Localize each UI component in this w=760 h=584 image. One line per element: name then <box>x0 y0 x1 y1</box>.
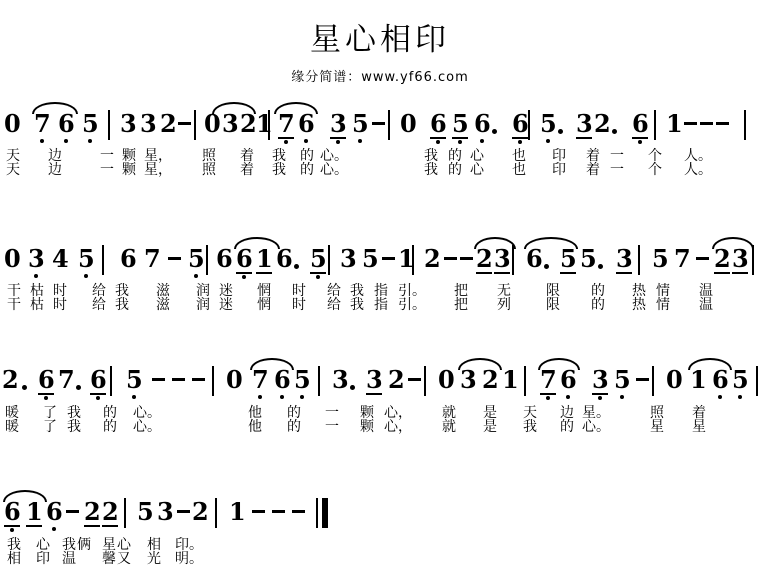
lyric-verse2-char: 的 <box>448 163 462 177</box>
barline <box>638 245 640 275</box>
lyric-verse1-char: 个 <box>648 149 662 163</box>
low-octave-dot <box>620 395 624 399</box>
low-octave-dot <box>10 528 14 532</box>
augmentation-dot <box>492 129 497 134</box>
lyric-verse1-char: 一 <box>100 149 114 163</box>
note-digit: 5 <box>78 247 94 271</box>
note-digit: 5 <box>540 112 556 136</box>
lyric-verse2-char: 颗 <box>122 163 136 177</box>
lyric-verse1-char: 的 <box>448 149 462 163</box>
duration-dash <box>716 122 729 125</box>
lyric-verse2-char: 时 <box>292 298 306 312</box>
duration-dash <box>168 257 181 260</box>
duration-dash <box>252 510 265 513</box>
low-octave-dot <box>300 395 304 399</box>
lyric-verse1-char: 他 <box>248 406 262 420</box>
lyric-verse1-char: 俩 <box>77 538 91 552</box>
duration-dash <box>444 257 457 260</box>
duration-dash <box>152 378 165 381</box>
barline <box>110 366 112 396</box>
note-digit: 6 <box>216 247 232 271</box>
low-octave-dot <box>280 395 284 399</box>
barline <box>388 110 390 140</box>
barline <box>194 110 196 140</box>
lyric-verse1-char: 我 <box>7 538 21 552</box>
lyric-verse2-char: 印 <box>552 163 566 177</box>
lyric-verse2-char: 给 <box>92 298 106 312</box>
lyric-verse1-char: 枯 <box>30 284 44 298</box>
lyric-verse1-char: 心。 <box>133 406 161 420</box>
note-digit: 5 <box>310 247 326 274</box>
lyric-verse1-char: 干 <box>7 284 21 298</box>
lyric-verse1-char: 心 <box>117 538 131 552</box>
note-digit: 6 <box>298 112 314 136</box>
note-digit: 6 <box>712 368 728 392</box>
lyric-verse1-char: 了 <box>43 406 57 420</box>
note-digit: 2 <box>240 112 256 136</box>
lyric-verse2-char: 着 <box>240 163 254 177</box>
lyric-verse2-char: 的 <box>300 163 314 177</box>
low-octave-dot <box>518 140 522 144</box>
note-digit: 7 <box>252 368 268 392</box>
lyric-verse2-char: 一 <box>100 163 114 177</box>
note-digit: 7 <box>34 112 50 136</box>
lyric-verse1-char: 着 <box>240 149 254 163</box>
note-digit: 6 <box>4 500 20 527</box>
note-digit: 1 <box>690 368 706 392</box>
note-digit: 2 <box>594 112 610 136</box>
note-digit: 0 <box>438 368 454 392</box>
lyric-verse1-char: 引。 <box>398 284 426 298</box>
note-digit: 3 <box>28 247 44 271</box>
lyric-verse1-char: 照 <box>650 406 664 420</box>
lyric-verse2-char: 馨 <box>102 552 116 566</box>
note-digit: 1 <box>666 112 682 136</box>
lyric-verse2-char: 又 <box>117 552 131 566</box>
lyric-verse2-char: 着 <box>586 163 600 177</box>
lyric-verse1-char: 限 <box>546 284 560 298</box>
note-digit: 6 <box>474 112 490 136</box>
note-digit: 0 <box>666 368 682 392</box>
lyric-verse1-char: 的 <box>300 149 314 163</box>
lyric-verse1-char: 我 <box>424 149 438 163</box>
lyric-verse2-char: 指 <box>374 298 388 312</box>
barline <box>102 245 104 275</box>
lyric-verse1-char: 心。 <box>320 149 348 163</box>
note-digit: 5 <box>614 368 630 392</box>
lyric-verse2-char: 枯 <box>30 298 44 312</box>
lyric-verse1-char: 是 <box>483 406 497 420</box>
low-octave-dot <box>738 395 742 399</box>
lyric-verse2-char: 颗 <box>360 420 374 434</box>
lyric-verse2-char: 一 <box>325 420 339 434</box>
low-octave-dot <box>52 527 56 531</box>
lyric-verse1-char: 着 <box>586 149 600 163</box>
note-digit: 5 <box>580 247 596 271</box>
note-digit: 1 <box>26 500 42 527</box>
lyric-verse2-char: 我 <box>350 298 364 312</box>
lyric-verse2-char: 的 <box>287 420 301 434</box>
barline <box>124 498 126 528</box>
lyric-verse1-char: 的 <box>103 406 117 420</box>
lyric-verse2-char: 也 <box>512 163 526 177</box>
lyric-verse2-char: 我 <box>115 298 129 312</box>
low-octave-dot <box>358 139 362 143</box>
lyric-verse2-char: 我 <box>272 163 286 177</box>
lyric-verse2-char: 的 <box>560 420 574 434</box>
note-digit: 2 <box>192 500 208 524</box>
lyric-verse1-char: 人。 <box>684 149 712 163</box>
lyric-verse1-char: 颗 <box>122 149 136 163</box>
duration-dash <box>372 122 385 125</box>
lyric-verse1-char: 把 <box>454 284 468 298</box>
lyric-verse2-char: 天 <box>6 163 20 177</box>
lyric-verse2-char: 相 <box>7 552 21 566</box>
duration-dash <box>177 510 190 513</box>
note-digit: 6 <box>236 247 252 274</box>
barline <box>212 366 214 396</box>
lyric-verse2-char: 情 <box>656 298 670 312</box>
lyric-verse1-char: 我 <box>272 149 286 163</box>
note-digit: 2 <box>476 247 492 274</box>
note-digit: 2 <box>160 112 176 136</box>
lyric-verse1-char: 心 <box>470 149 484 163</box>
lyric-verse2-char: 星， <box>144 163 172 177</box>
lyric-verse2-char: 惘 <box>257 298 271 312</box>
lyric-verse2-char: 润 <box>196 298 210 312</box>
low-octave-dot <box>546 396 550 400</box>
barline <box>318 366 320 396</box>
note-digit: 5 <box>294 368 310 392</box>
note-digit: 6 <box>560 368 576 392</box>
note-digit: 2 <box>2 368 18 392</box>
lyric-verse2-char: 时 <box>53 298 67 312</box>
low-octave-dot <box>44 396 48 400</box>
lyric-verse2-char: 的 <box>591 298 605 312</box>
lyric-verse2-char: 光 <box>147 552 161 566</box>
lyric-verse2-char: 了 <box>43 420 57 434</box>
lyric-verse2-char: 把 <box>454 298 468 312</box>
lyric-verse2-char: 照 <box>202 163 216 177</box>
lyric-verse1-char: 星 <box>102 538 116 552</box>
lyric-verse2-char: 就 <box>442 420 456 434</box>
low-octave-dot <box>242 275 246 279</box>
duration-dash <box>192 378 205 381</box>
lyric-verse1-char: 星， <box>144 149 172 163</box>
augmentation-dot <box>350 385 355 390</box>
lyric-verse1-char: 时 <box>53 284 67 298</box>
note-digit: 6 <box>120 247 136 271</box>
lyric-verse2-char: 心 <box>470 163 484 177</box>
augmentation-dot <box>558 129 563 134</box>
lyric-verse1-char: 的 <box>591 284 605 298</box>
note-digit: 6 <box>526 247 542 271</box>
low-octave-dot <box>546 139 550 143</box>
note-digit: 3 <box>366 368 382 395</box>
augmentation-dot <box>76 385 81 390</box>
note-digit: 0 <box>4 247 20 271</box>
note-digit: 1 <box>229 500 245 524</box>
lyric-verse2-char: 干 <box>7 298 21 312</box>
lyric-verse2-char: 一 <box>610 163 624 177</box>
lyric-verse2-char: 给 <box>327 298 341 312</box>
lyric-verse2-char: 滋 <box>156 298 170 312</box>
note-digit: 3 <box>157 500 173 524</box>
lyric-verse2-char: 迷 <box>219 298 233 312</box>
lyric-verse2-char: 心。 <box>320 163 348 177</box>
note-digit: 5 <box>137 500 153 524</box>
note-digit: 6 <box>274 368 290 392</box>
note-digit: 6 <box>276 247 292 271</box>
note-digit: 5 <box>652 247 668 271</box>
lyric-verse2-char: 温 <box>699 298 713 312</box>
lyric-verse1-char: 印 <box>552 149 566 163</box>
lyric-verse1-char: 就 <box>442 406 456 420</box>
note-digit: 7 <box>144 247 160 271</box>
note-digit: 3 <box>732 247 748 274</box>
lyric-verse2-char: 边 <box>48 163 62 177</box>
low-octave-dot <box>194 274 198 278</box>
note-digit: 7 <box>58 368 74 392</box>
lyric-verse1-char: 情 <box>656 284 670 298</box>
augmentation-dot <box>598 264 603 269</box>
note-digit: 6 <box>430 112 446 139</box>
barline <box>752 245 754 275</box>
lyric-verse2-char: 是 <box>483 420 497 434</box>
lyric-verse1-char: 一 <box>610 149 624 163</box>
duration-dash <box>172 378 185 381</box>
low-octave-dot <box>638 140 642 144</box>
note-digit: 3 <box>140 112 156 136</box>
lyric-verse2-char: 心， <box>384 420 412 434</box>
note-digit: 3 <box>494 247 510 274</box>
lyric-verse2-char: 他 <box>248 420 262 434</box>
lyric-verse1-char: 心， <box>384 406 412 420</box>
note-digit: 2 <box>388 368 404 392</box>
lyric-verse1-char: 我 <box>67 406 81 420</box>
note-digit: 0 <box>4 112 20 136</box>
lyric-verse1-char: 颗 <box>360 406 374 420</box>
lyric-verse1-char: 时 <box>292 284 306 298</box>
lyric-verse1-char: 心 <box>36 538 50 552</box>
note-digit: 1 <box>502 368 518 392</box>
lyric-verse1-char: 润 <box>196 284 210 298</box>
low-octave-dot <box>132 395 136 399</box>
lyric-verse2-char: 明。 <box>175 552 203 566</box>
low-octave-dot <box>304 139 308 143</box>
barline <box>268 110 270 140</box>
lyric-verse2-char: 印 <box>36 552 50 566</box>
note-digit: 3 <box>576 112 592 139</box>
note-digit: 3 <box>340 247 356 271</box>
note-digit: 6 <box>90 368 106 395</box>
low-octave-dot <box>284 140 288 144</box>
augmentation-dot <box>612 129 617 134</box>
barline <box>652 366 654 396</box>
lyric-verse1-char: 的 <box>287 406 301 420</box>
low-octave-dot <box>316 275 320 279</box>
note-digit: 6 <box>632 112 648 139</box>
lyric-verse1-char: 滋 <box>156 284 170 298</box>
note-digit: 3 <box>592 368 608 395</box>
duration-dash <box>696 257 709 260</box>
barline <box>528 110 530 140</box>
lyric-verse2-char: 人。 <box>684 163 712 177</box>
lyric-verse1-char: 边 <box>48 149 62 163</box>
low-octave-dot <box>718 395 722 399</box>
note-digit: 5 <box>188 247 204 271</box>
lyric-verse1-char: 天 <box>523 406 537 420</box>
barline <box>744 110 746 140</box>
barline <box>328 245 330 275</box>
note-digit: 3 <box>222 112 238 136</box>
note-digit: 2 <box>714 247 730 274</box>
duration-dash <box>66 510 79 513</box>
note-digit: 6 <box>46 500 62 524</box>
lyric-verse2-char: 热 <box>632 298 646 312</box>
duration-dash <box>684 122 697 125</box>
note-digit: 3 <box>330 112 346 139</box>
note-digit: 7 <box>674 247 690 271</box>
note-digit: 5 <box>732 368 748 392</box>
note-digit: 1 <box>256 247 272 274</box>
barline <box>424 366 426 396</box>
lyric-verse1-char: 给 <box>327 284 341 298</box>
low-octave-dot <box>436 140 440 144</box>
sheet-music-page: 星心相印 缘分简谱：www.yf66.com 07653320321763506… <box>0 0 760 584</box>
lyric-verse1-char: 我 <box>62 538 76 552</box>
note-digit: 5 <box>126 368 142 392</box>
note-digit: 3 <box>616 247 632 274</box>
augmentation-dot <box>22 385 27 390</box>
duration-dash <box>408 378 421 381</box>
barline <box>412 245 414 275</box>
note-digit: 6 <box>58 112 74 136</box>
low-octave-dot <box>598 396 602 400</box>
duration-dash <box>460 257 473 260</box>
lyric-verse1-char: 我 <box>350 284 364 298</box>
lyric-verse2-char: 暖 <box>5 420 19 434</box>
duration-dash <box>700 122 713 125</box>
barline <box>206 245 208 275</box>
note-digit: 2 <box>102 500 118 527</box>
note-digit: 6 <box>512 112 528 139</box>
lyric-verse1-char: 相 <box>147 538 161 552</box>
lyric-verse2-char: 个 <box>648 163 662 177</box>
lyric-verse2-char: 我 <box>67 420 81 434</box>
note-digit: 5 <box>362 247 378 271</box>
low-octave-dot <box>64 139 68 143</box>
lyric-verse1-char: 迷 <box>219 284 233 298</box>
note-digit: 0 <box>204 112 220 136</box>
note-digit: 6 <box>38 368 54 395</box>
augmentation-dot <box>294 264 299 269</box>
duration-dash <box>382 257 395 260</box>
lyric-verse1-char: 星。 <box>582 406 610 420</box>
lyric-verse1-char: 着 <box>692 406 706 420</box>
barline <box>512 245 514 275</box>
low-octave-dot <box>480 139 484 143</box>
low-octave-dot <box>458 140 462 144</box>
note-digit: 3 <box>120 112 136 136</box>
score-area: 0765332032176350656653261天边一颗星，照着我的心。我的心… <box>0 0 760 584</box>
augmentation-dot <box>544 264 549 269</box>
lyric-verse2-char: 心。 <box>133 420 161 434</box>
lyric-verse1-char: 惘 <box>257 284 271 298</box>
lyric-verse2-char: 限 <box>546 298 560 312</box>
lyric-verse2-char: 星 <box>650 420 664 434</box>
note-digit: 2 <box>424 247 440 271</box>
duration-dash <box>272 510 285 513</box>
duration-dash <box>292 510 305 513</box>
note-digit: 2 <box>482 368 498 392</box>
lyric-verse1-char: 指 <box>374 284 388 298</box>
lyric-verse1-char: 给 <box>92 284 106 298</box>
lyric-verse2-char: 的 <box>103 420 117 434</box>
low-octave-dot <box>258 395 262 399</box>
lyric-verse2-char: 星 <box>692 420 706 434</box>
low-octave-dot <box>34 274 38 278</box>
lyric-verse1-char: 暖 <box>5 406 19 420</box>
note-digit: 5 <box>352 112 368 136</box>
note-digit: 3 <box>332 368 348 392</box>
note-digit: 5 <box>560 247 576 274</box>
barline <box>524 366 526 396</box>
lyric-verse1-char: 我 <box>115 284 129 298</box>
note-digit: 5 <box>452 112 468 139</box>
barline <box>108 110 110 140</box>
lyric-verse1-char: 无 <box>497 284 511 298</box>
note-digit: 0 <box>226 368 242 392</box>
barline <box>215 498 217 528</box>
lyric-verse2-char: 我 <box>523 420 537 434</box>
lyric-verse1-char: 温 <box>699 284 713 298</box>
note-digit: 2 <box>84 500 100 527</box>
lyric-verse1-char: 天 <box>6 149 20 163</box>
note-digit: 3 <box>460 368 476 392</box>
note-digit: 4 <box>52 247 68 271</box>
note-digit: 5 <box>82 112 98 136</box>
lyric-verse1-char: 照 <box>202 149 216 163</box>
low-octave-dot <box>40 139 44 143</box>
low-octave-dot <box>566 395 570 399</box>
note-digit: 7 <box>540 368 556 395</box>
low-octave-dot <box>336 140 340 144</box>
lyric-verse1-char: 边 <box>560 406 574 420</box>
lyric-verse2-char: 心。 <box>582 420 610 434</box>
lyric-verse2-char: 温 <box>62 552 76 566</box>
lyric-verse1-char: 印。 <box>175 538 203 552</box>
lyric-verse2-char: 列 <box>497 298 511 312</box>
final-barline <box>316 498 328 528</box>
low-octave-dot <box>88 139 92 143</box>
lyric-verse1-char: 一 <box>325 406 339 420</box>
low-octave-dot <box>84 274 88 278</box>
note-digit: 0 <box>400 112 416 136</box>
lyric-verse2-char: 引。 <box>398 298 426 312</box>
lyric-verse1-char: 也 <box>512 149 526 163</box>
duration-dash <box>636 378 649 381</box>
lyric-verse2-char: 我 <box>424 163 438 177</box>
duration-dash <box>178 122 191 125</box>
low-octave-dot <box>96 396 100 400</box>
note-digit: 7 <box>278 112 294 139</box>
lyric-verse1-char: 热 <box>632 284 646 298</box>
barline <box>756 366 758 396</box>
barline <box>654 110 656 140</box>
